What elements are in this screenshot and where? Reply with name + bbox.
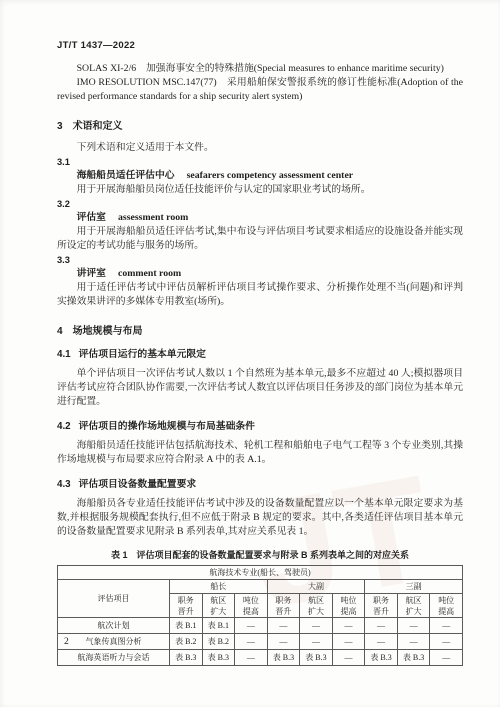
- term-en: assessment room: [118, 212, 188, 223]
- table-row: 航海英语听力与会话 表 B.3 表 B.3 — 表 B.3 表 B.3 — 表 …: [58, 650, 463, 666]
- row-label: 气象传真图分析: [58, 634, 170, 650]
- table-cell: 表 B.3: [202, 650, 235, 666]
- table-sub-header: 职务 晋升: [267, 594, 300, 618]
- section-intro: 下列术语和定义适用于本文件。: [57, 141, 463, 155]
- table-row: 气象传真图分析 表 B.2 表 B.2 — — — — — — —: [58, 634, 463, 650]
- table-cell: 表 B.3: [300, 650, 333, 666]
- subsection-number: 4.3: [57, 479, 71, 490]
- table-cell: —: [300, 618, 333, 634]
- term-zh: 讲评室: [77, 268, 106, 279]
- section-number: 4: [57, 326, 63, 337]
- table-cell: —: [397, 634, 430, 650]
- term-number: 3.2: [57, 197, 463, 211]
- table-cell: —: [430, 634, 463, 650]
- table-cell: —: [397, 618, 430, 634]
- subsection-title: 评估项目的操作场地规模与布局基础条件: [79, 421, 255, 432]
- term-definition: 用于开展海船船员岗位适任技能评价与认定的国家职业考试的场所。: [57, 183, 463, 197]
- subsection-heading: 4.2评估项目的操作场地规模与布局基础条件: [57, 418, 463, 432]
- page-content: JT/T 1437—2022 SOLAS XI-2/6 加强海事安全的特殊措施(…: [57, 40, 463, 666]
- table-1: 航海技术专业(船长、驾驶员) 评估项目 船长 大副 三副 职务 晋升 航区 扩大…: [57, 565, 463, 666]
- table-sub-header: 航区 扩大: [202, 594, 235, 618]
- table-cell: 表 B.3: [397, 650, 430, 666]
- table-cell: —: [267, 634, 300, 650]
- section-heading: 4场地规模与布局: [57, 322, 463, 337]
- reference-item: IMO RESOLUTION MSC.147(77) 采用船舶保安警报系统的修订…: [57, 76, 463, 104]
- table-cell: —: [430, 618, 463, 634]
- term-number: 3.3: [57, 253, 463, 267]
- term-title: 海船船员适任评估中心seafarers competency assessmen…: [57, 169, 463, 183]
- paragraph: 海船船员各专业适任技能评估考试中涉及的设备数量配置应以一个基本单元限定要求为基数…: [57, 497, 463, 539]
- table-sub-header: 吨位 提高: [235, 594, 268, 618]
- table-sub-header: 职务 晋升: [365, 594, 398, 618]
- table-cell: 表 B.3: [267, 650, 300, 666]
- table-sub-header: 职务 晋升: [170, 594, 203, 618]
- table-cell: 表 B.2: [202, 634, 235, 650]
- table-cell: —: [300, 634, 333, 650]
- table-group-header: 三副: [365, 580, 463, 594]
- table-cell: 表 B.3: [365, 650, 398, 666]
- subsection-title: 评估项目设备数量配置要求: [79, 479, 197, 490]
- document-page: JT JT/T 1437—2022 SOLAS XI-2/6 加强海事安全的特殊…: [0, 0, 500, 707]
- term-en: comment room: [118, 268, 181, 279]
- section-title: 场地规模与布局: [73, 326, 143, 337]
- table-cell: 表 B.3: [170, 650, 203, 666]
- reference-item: SOLAS XI-2/6 加强海事安全的特殊措施(Special measure…: [57, 62, 463, 76]
- paragraph: 单个评估项目一次评估考试人数以 1 个自然班为基本单元,最多不应超过 40 人;…: [57, 367, 463, 409]
- subsection-number: 4.2: [57, 421, 71, 432]
- table-cell: 表 B.1: [202, 618, 235, 634]
- table-cell: —: [235, 634, 268, 650]
- subsection-title: 评估项目运行的基本单元限定: [79, 349, 206, 360]
- term-zh: 评估室: [77, 212, 106, 223]
- table-group-header: 大副: [267, 580, 365, 594]
- term-title: 评估室assessment room: [57, 211, 463, 225]
- term-en: seafarers competency assessment center: [187, 170, 354, 181]
- table-caption: 表 1 评估项目配套的设备数量配置要求与附录 B 系列表单之间的对应关系: [57, 548, 463, 561]
- section-title: 术语和定义: [73, 121, 123, 132]
- row-label: 航次计划: [58, 618, 170, 634]
- table-row: 航次计划 表 B.1 表 B.1 — — — — — — —: [58, 618, 463, 634]
- table-cell: —: [365, 618, 398, 634]
- table-cell: —: [430, 650, 463, 666]
- section-number: 3: [57, 121, 63, 132]
- table-cell: —: [332, 618, 365, 634]
- term-definition: 用于适任评估考试中评估员解析评估项目考试操作要求、分析操作处理不当(问题)和评判…: [57, 281, 463, 309]
- subsection-number: 4.1: [57, 349, 71, 360]
- table-cell: 表 B.2: [170, 634, 203, 650]
- table-sub-header: 吨位 提高: [332, 594, 365, 618]
- paragraph: 海船船员适任技能评估包括航海技术、轮机工程和船舶电子电气工程等 3 个专业类别,…: [57, 439, 463, 467]
- term-definition: 用于开展海船船员适任评估考试,集中布设与评估项目考试要求相适应的设施设备并能实现…: [57, 225, 463, 253]
- term-zh: 海船船员适任评估中心: [77, 170, 175, 181]
- table-group-header: 船长: [170, 580, 268, 594]
- table-cell: —: [235, 618, 268, 634]
- table-sub-header: 吨位 提高: [430, 594, 463, 618]
- table-cell: —: [235, 650, 268, 666]
- row-label: 航海英语听力与会话: [58, 650, 170, 666]
- subsection-heading: 4.1评估项目运行的基本单元限定: [57, 346, 463, 360]
- standard-number-header: JT/T 1437—2022: [57, 40, 463, 51]
- table-span-header: 航海技术专业(船长、驾驶员): [58, 566, 463, 580]
- page-number: 2: [64, 637, 69, 647]
- table-col-header: 评估项目: [58, 580, 170, 618]
- term-title: 讲评室comment room: [57, 267, 463, 281]
- table-cell: —: [332, 650, 365, 666]
- table-sub-header: 航区 扩大: [397, 594, 430, 618]
- term-number: 3.1: [57, 155, 463, 169]
- table-cell: —: [332, 634, 365, 650]
- subsection-heading: 4.3评估项目设备数量配置要求: [57, 476, 463, 490]
- table-cell: —: [267, 618, 300, 634]
- table-cell: —: [365, 634, 398, 650]
- table-cell: 表 B.1: [170, 618, 203, 634]
- table-sub-header: 航区 扩大: [300, 594, 333, 618]
- section-heading: 3术语和定义: [57, 117, 463, 132]
